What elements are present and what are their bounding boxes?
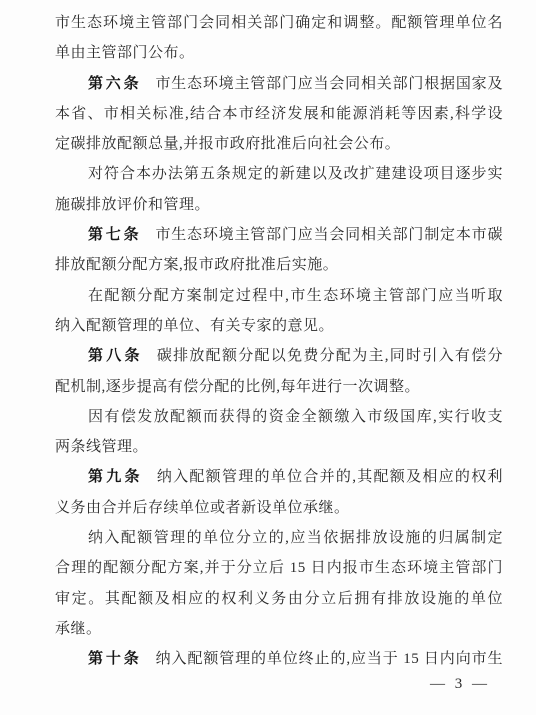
line-text: 因有偿发放配额而获得的资金全额缴入市级国库,实行收支 [88,409,503,425]
line-text: 市生态环境主管部门应当会同相关部门根据国家及 [155,76,503,92]
article-number: 第八条 [88,348,143,364]
text-line: 第六条市生态环境主管部门应当会同相关部门根据国家及 [55,69,503,99]
article-number: 第七条 [88,227,141,243]
text-line: 审定。其配额及相应的权利义务由分立后拥有排放设施的单位 [55,584,503,614]
line-text: 排放配额分配方案,报市政府批准后实施。 [55,257,338,273]
text-line: 承继。 [55,614,503,644]
line-text: 义务由合并后存续单位或者新设单位承继。 [55,500,350,516]
text-line: 义务由合并后存续单位或者新设单位承继。 [55,493,503,523]
document-body: 市生态环境主管部门会同相关部门确定和调整。配额管理单位名 单由主管部门公布。 第… [55,8,503,675]
article-number: 第六条 [88,76,141,92]
text-line: 对符合本办法第五条规定的新建以及改扩建建设项目逐步实 [55,159,503,189]
line-text: 本省、市相关标准,结合本市经济发展和能源消耗等因素,科学设 [55,106,503,122]
text-line: 单由主管部门公布。 [55,38,503,68]
text-line: 因有偿发放配额而获得的资金全额缴入市级国库,实行收支 [55,402,503,432]
text-line: 排放配额分配方案,报市政府批准后实施。 [55,250,503,280]
article-number: 第九条 [88,469,143,485]
document-page: 市生态环境主管部门会同相关部门确定和调整。配额管理单位名 单由主管部门公布。 第… [0,0,536,715]
line-text: 承继。 [55,621,102,637]
text-line: 纳入配额管理的单位、有关专家的意见。 [55,311,503,341]
line-text: 单由主管部门公布。 [55,45,195,61]
line-text: 碳排放配额分配以免费分配为主,同时引入有偿分 [157,348,503,364]
text-line: 第八条碳排放配额分配以免费分配为主,同时引入有偿分 [55,341,503,371]
text-line: 两条线管理。 [55,432,503,462]
text-line: 在配额分配方案制定过程中,市生态环境主管部门应当听取 [55,281,503,311]
line-text: 市生态环境主管部门应当会同相关部门制定本市碳 [155,227,503,243]
line-text: 审定。其配额及相应的权利义务由分立后拥有排放设施的单位 [55,591,503,607]
line-text: 合理的配额分配方案,并于分立后 15 日内报市生态环境主管部门 [55,560,503,576]
line-text: 配机制,逐步提高有偿分配的比例,每年进行一次调整。 [55,379,420,395]
text-line: 合理的配额分配方案,并于分立后 15 日内报市生态环境主管部门 [55,553,503,583]
page-number: — 3 — [430,676,490,693]
article-number: 第十条 [88,651,142,667]
text-line: 纳入配额管理的单位分立的,应当依据排放设施的归属制定 [55,523,503,553]
line-text: 对符合本办法第五条规定的新建以及改扩建建设项目逐步实 [88,166,503,182]
line-text: 施碳排放评价和管理。 [55,197,210,213]
text-line: 第十条纳入配额管理的单位终止的,应当于 15 日内向市生 [55,644,503,674]
line-text: 两条线管理。 [55,439,148,455]
text-line: 配机制,逐步提高有偿分配的比例,每年进行一次调整。 [55,372,503,402]
line-text: 定碳排放配额总量,并报市政府批准后向社会公布。 [55,136,400,152]
line-text: 纳入配额管理的单位终止的,应当于 15 日内向市生 [156,651,503,667]
text-line: 第九条纳入配额管理的单位合并的,其配额及相应的权利 [55,462,503,492]
line-text: 纳入配额管理的单位、有关专家的意见。 [55,318,334,334]
text-line: 市生态环境主管部门会同相关部门确定和调整。配额管理单位名 [55,8,503,38]
text-line: 第七条市生态环境主管部门应当会同相关部门制定本市碳 [55,220,503,250]
line-text: 市生态环境主管部门会同相关部门确定和调整。配额管理单位名 [55,15,503,31]
text-line: 定碳排放配额总量,并报市政府批准后向社会公布。 [55,129,503,159]
line-text: 纳入配额管理的单位合并的,其配额及相应的权利 [157,469,503,485]
text-line: 施碳排放评价和管理。 [55,190,503,220]
line-text: 纳入配额管理的单位分立的,应当依据排放设施的归属制定 [88,530,503,546]
text-line: 本省、市相关标准,结合本市经济发展和能源消耗等因素,科学设 [55,99,503,129]
line-text: 在配额分配方案制定过程中,市生态环境主管部门应当听取 [88,288,503,304]
